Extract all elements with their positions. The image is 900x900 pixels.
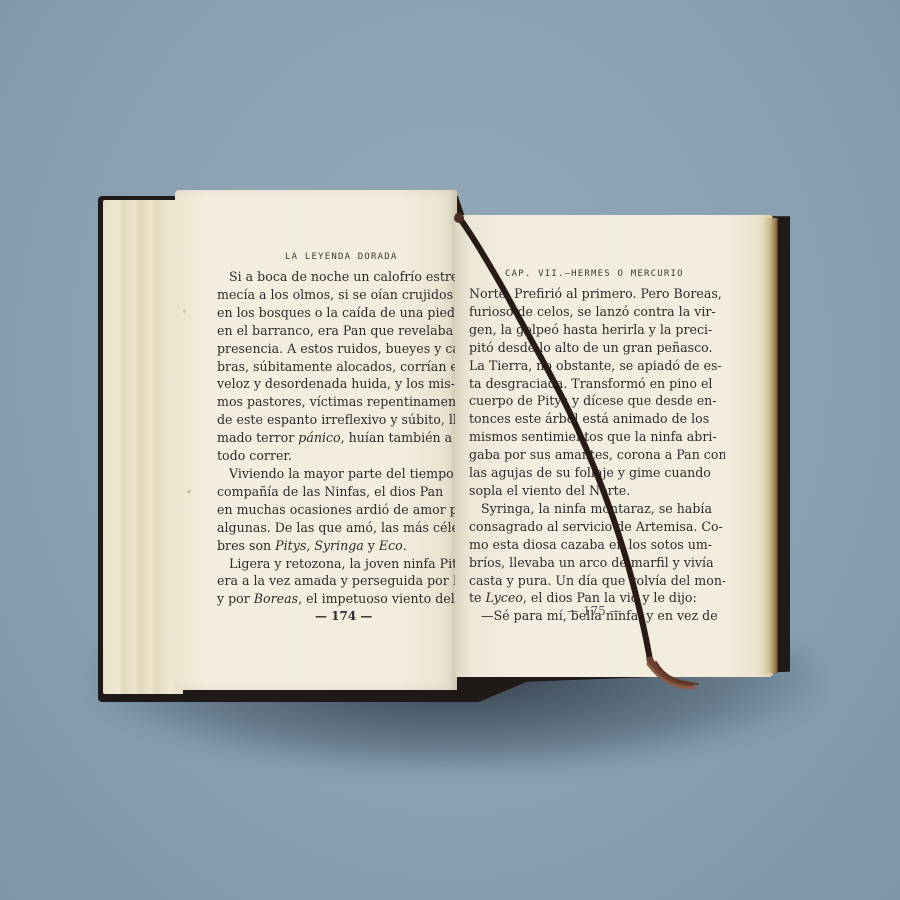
text-line: en el barranco, era Pan que revelaba su [217, 322, 457, 340]
text-line: bres son Pitys, Syringa y Eco. [217, 537, 457, 555]
page-number-174: — 174 — [315, 609, 372, 623]
text-line: en muchas ocasiones ardió de amor por [217, 501, 457, 519]
page-edges-left [103, 200, 183, 694]
text-line: mismos sentimientos que la ninfa abri- [469, 428, 725, 446]
text-line: consagrado al servicio de Artemisa. Co- [469, 518, 725, 536]
text-line: Ligera y retozona, la joven ninfa Pitys [217, 555, 457, 573]
text-line: presencia. A estos ruidos, bueyes y ca- [217, 340, 457, 358]
text-line: compañía de las Ninfas, el dios Pan [217, 483, 457, 501]
running-head-left: LA LEYENDA DORADA [285, 252, 398, 262]
page-edges-right [762, 218, 778, 673]
right-page: CAP. VII.—HERMES O MERCURIO Norte. Prefi… [455, 215, 773, 677]
text-line: algunas. De las que amó, las más céle- [217, 519, 457, 537]
text-line: bras, súbitamente alocados, corrían en [217, 358, 457, 376]
text-line: era a la vez amada y perseguida por Pan [217, 572, 457, 590]
text-line: veloz y desordenada huida, y los mis- [217, 375, 457, 393]
text-line: tonces este árbol está animado de los [469, 410, 725, 428]
text-line: en los bosques o la caída de una piedra [217, 304, 457, 322]
text-line: La Tierra, no obstante, se apiadó de es- [469, 357, 725, 375]
right-page-text: Norte. Prefirió al primero. Pero Boreas,… [469, 285, 725, 630]
text-line: y por Boreas, el impetuoso viento del [217, 590, 457, 608]
foxing-spot [187, 490, 191, 493]
text-line: mo esta diosa cazaba en los sotos um- [469, 536, 725, 554]
text-line: las agujas de su follaje y gime cuando [469, 464, 725, 482]
left-page: LA LEYENDA DORADA Si a boca de noche un … [175, 190, 457, 690]
text-line: de este espanto irreflexivo y súbito, ll… [217, 411, 457, 429]
text-line: mos pastores, víctimas repentinamente [217, 393, 457, 411]
running-head-right: CAP. VII.—HERMES O MERCURIO [505, 269, 684, 279]
text-line: mecía a los olmos, si se oían crujidos [217, 286, 457, 304]
foxing-spot [183, 310, 186, 313]
text-line: gaba por sus amantes, corona a Pan con [469, 446, 725, 464]
text-line: cuerpo de Pitys y dícese que desde en- [469, 392, 725, 410]
text-line: Viviendo la mayor parte del tiempo en [217, 465, 457, 483]
text-line: gen, la golpeó hasta herirla y la preci- [469, 321, 725, 339]
left-page-text: Si a boca de noche un calofrío estre-mec… [217, 268, 457, 613]
text-line: sopla el viento del Norte. [469, 482, 725, 500]
text-line: ta desgraciada. Transformó en pino el [469, 375, 725, 393]
text-line: casta y pura. Un día que volvía del mon- [469, 572, 725, 590]
page-number-175: — 175 — [567, 604, 622, 618]
text-line: Norte. Prefirió al primero. Pero Boreas, [469, 285, 725, 303]
text-line: furioso de celos, se lanzó contra la vir… [469, 303, 725, 321]
text-line: pitó desde lo alto de un gran peñasco. [469, 339, 725, 357]
text-line: mado terror pánico, huían también a [217, 429, 457, 447]
text-line: Syringa, la ninfa montaraz, se había [469, 500, 725, 518]
text-line: todo correr. [217, 447, 457, 465]
text-line: Si a boca de noche un calofrío estre- [217, 268, 457, 286]
text-line: bríos, llevaba un arco de marfil y vivía [469, 554, 725, 572]
